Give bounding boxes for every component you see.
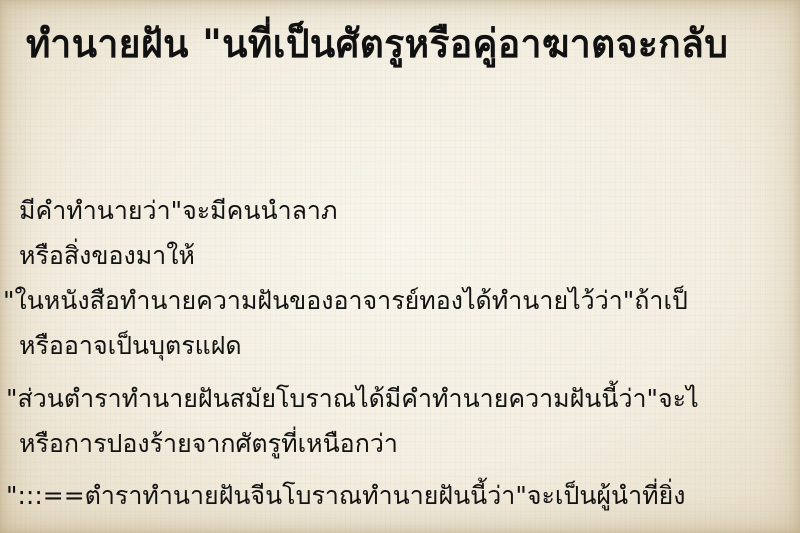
text-line-3: "ในหนังสือทำนายความฝันของอาจารย์ทองได้ทำ…	[3, 286, 688, 316]
text-line-2: หรือสิ่งของมาให้	[19, 241, 195, 271]
text-line-4: หรืออาจเป็นบุตรแฝด	[19, 331, 242, 361]
page-title: ทำนายฝัน "นที่เป็นศัตรูหรือคู่อาฆาตจะกลั…	[26, 22, 728, 69]
text-line-1: มีคำทำนายว่า"จะมีคนนำลาภ	[19, 196, 337, 226]
text-line-7: ":::==ตำราทำนายฝันจีนโบราณทำนายฝันนี้ว่า…	[6, 481, 686, 511]
text-line-5: "ส่วนตำราทำนายฝันสมัยโบราณได้มีคำทำนายคว…	[6, 384, 699, 414]
text-line-6: หรือการปองร้ายจากศัตรูที่เหนือกว่า	[19, 429, 398, 459]
